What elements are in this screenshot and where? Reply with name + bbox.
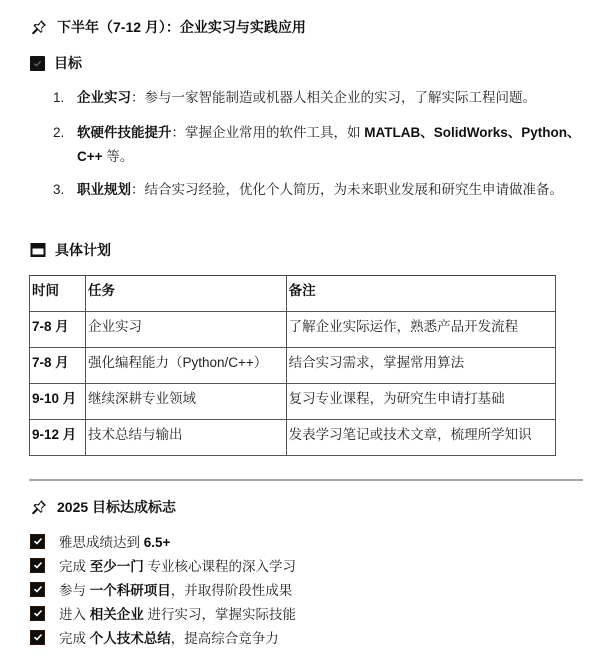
goals-heading-label: 目标 — [54, 53, 82, 73]
goal-title: 职业规划 — [77, 182, 131, 197]
table-row: 7-8 月 企业实习 了解企业实际运作，熟悉产品开发流程 — [30, 312, 556, 348]
milestone-item: 完成 个人技术总结，提高综合竞争力 — [30, 626, 279, 648]
cell-time: 9-10 月 — [30, 384, 86, 420]
checkbox-checked-icon — [30, 56, 45, 71]
cell-task: 强化编程能力（Python/C++） — [85, 348, 286, 384]
checkbox-checked-icon — [30, 534, 45, 549]
goal-text: 参与一家智能制造或机器人相关企业的实习，了解实际工程问题。 — [145, 90, 537, 105]
separator: ： — [131, 90, 145, 105]
milestone-item: 雅思成绩达到 6.5+ — [30, 530, 170, 552]
pushpin-icon — [30, 18, 48, 36]
table-row: 9-12 月 技术总结与输出 发表学习笔记或技术文章，梳理所学知识 — [30, 420, 556, 456]
milestone-text-tail: ，提高综合竞争力 — [171, 631, 279, 646]
item-number: 3. — [53, 178, 64, 202]
milestone-text: 完成 — [59, 559, 90, 574]
column-header-time: 时间 — [30, 276, 86, 312]
cell-notes: 结合实习需求，掌握常用算法 — [286, 348, 555, 384]
horizontal-divider — [29, 479, 583, 481]
milestone-emphasis: 相关企业 — [90, 607, 144, 622]
column-header-task: 任务 — [85, 276, 286, 312]
item-number: 1. — [53, 86, 64, 110]
goal-text: 掌握企业常用的软件工具，如 — [185, 125, 364, 140]
milestone-emphasis: 至少一门 — [90, 559, 144, 574]
milestone-text-tail: 专业核心课程的深入学习 — [144, 559, 296, 574]
milestone-item: 参与 一个科研项目，并取得阶段性成果 — [30, 578, 292, 600]
cell-time: 7-8 月 — [30, 312, 86, 348]
milestone-text: 参与 — [59, 583, 90, 598]
cell-notes: 发表学习笔记或技术文章，梳理所学知识 — [286, 420, 555, 456]
item-number: 2. — [53, 121, 64, 145]
plan-heading: 具体计划 — [30, 240, 111, 260]
section-title: 下半年（7-12 月）：企业实习与实践应用 — [57, 17, 306, 37]
table-header-row: 时间 任务 备注 — [30, 276, 556, 312]
milestone-emphasis: 一个科研项目 — [90, 583, 171, 598]
goal-text-tail: 等。 — [103, 149, 134, 164]
checkbox-checked-icon — [30, 558, 45, 573]
milestone-text: 雅思成绩达到 — [59, 535, 144, 550]
goal-title: 企业实习 — [77, 90, 131, 105]
pushpin-icon — [30, 498, 48, 516]
cell-task: 企业实习 — [85, 312, 286, 348]
section-heading-milestones: 2025 目标达成标志 — [30, 497, 176, 517]
cell-notes: 复习专业课程，为研究生申请打基础 — [286, 384, 555, 420]
folder-icon — [30, 242, 46, 258]
separator: ： — [172, 125, 186, 140]
milestone-text: 完成 — [59, 631, 90, 646]
goals-heading: 目标 — [30, 53, 82, 73]
column-header-notes: 备注 — [286, 276, 555, 312]
table-row: 9-10 月 继续深耕专业领域 复习专业课程，为研究生申请打基础 — [30, 384, 556, 420]
checkbox-checked-icon — [30, 630, 45, 645]
cell-time: 7-8 月 — [30, 348, 86, 384]
section-heading-second-half: 下半年（7-12 月）：企业实习与实践应用 — [30, 17, 306, 37]
goal-item: 1. 企业实习：参与一家智能制造或机器人相关企业的实习，了解实际工程问题。 — [53, 86, 583, 110]
cell-task: 技术总结与输出 — [85, 420, 286, 456]
checkbox-checked-icon — [30, 606, 45, 621]
milestone-item: 完成 至少一门 专业核心课程的深入学习 — [30, 554, 296, 576]
milestone-text-tail: 进行实习，掌握实际技能 — [144, 607, 296, 622]
milestone-emphasis: 个人技术总结 — [90, 631, 171, 646]
table-row: 7-8 月 强化编程能力（Python/C++） 结合实习需求，掌握常用算法 — [30, 348, 556, 384]
milestone-item: 进入 相关企业 进行实习，掌握实际技能 — [30, 602, 296, 624]
checkbox-checked-icon — [30, 582, 45, 597]
cell-task: 继续深耕专业领域 — [85, 384, 286, 420]
milestone-emphasis: 6.5+ — [144, 535, 171, 550]
separator: ： — [131, 182, 145, 197]
goal-item: 2. 软硬件技能提升：掌握企业常用的软件工具，如 MATLAB、SolidWor… — [53, 121, 583, 169]
goal-text: 结合实习经验，优化个人简历，为未来职业发展和研究生申请做准备。 — [145, 182, 564, 197]
cell-time: 9-12 月 — [30, 420, 86, 456]
plan-table: 时间 任务 备注 7-8 月 企业实习 了解企业实际运作，熟悉产品开发流程 7-… — [29, 275, 556, 456]
cell-notes: 了解企业实际运作，熟悉产品开发流程 — [286, 312, 555, 348]
milestone-text: 进入 — [59, 607, 90, 622]
section-title: 2025 目标达成标志 — [57, 497, 176, 517]
goal-title: 软硬件技能提升 — [77, 125, 172, 140]
goal-item: 3. 职业规划：结合实习经验，优化个人简历，为未来职业发展和研究生申请做准备。 — [53, 178, 583, 202]
milestone-text-tail: ，并取得阶段性成果 — [171, 583, 293, 598]
plan-heading-label: 具体计划 — [55, 240, 111, 260]
